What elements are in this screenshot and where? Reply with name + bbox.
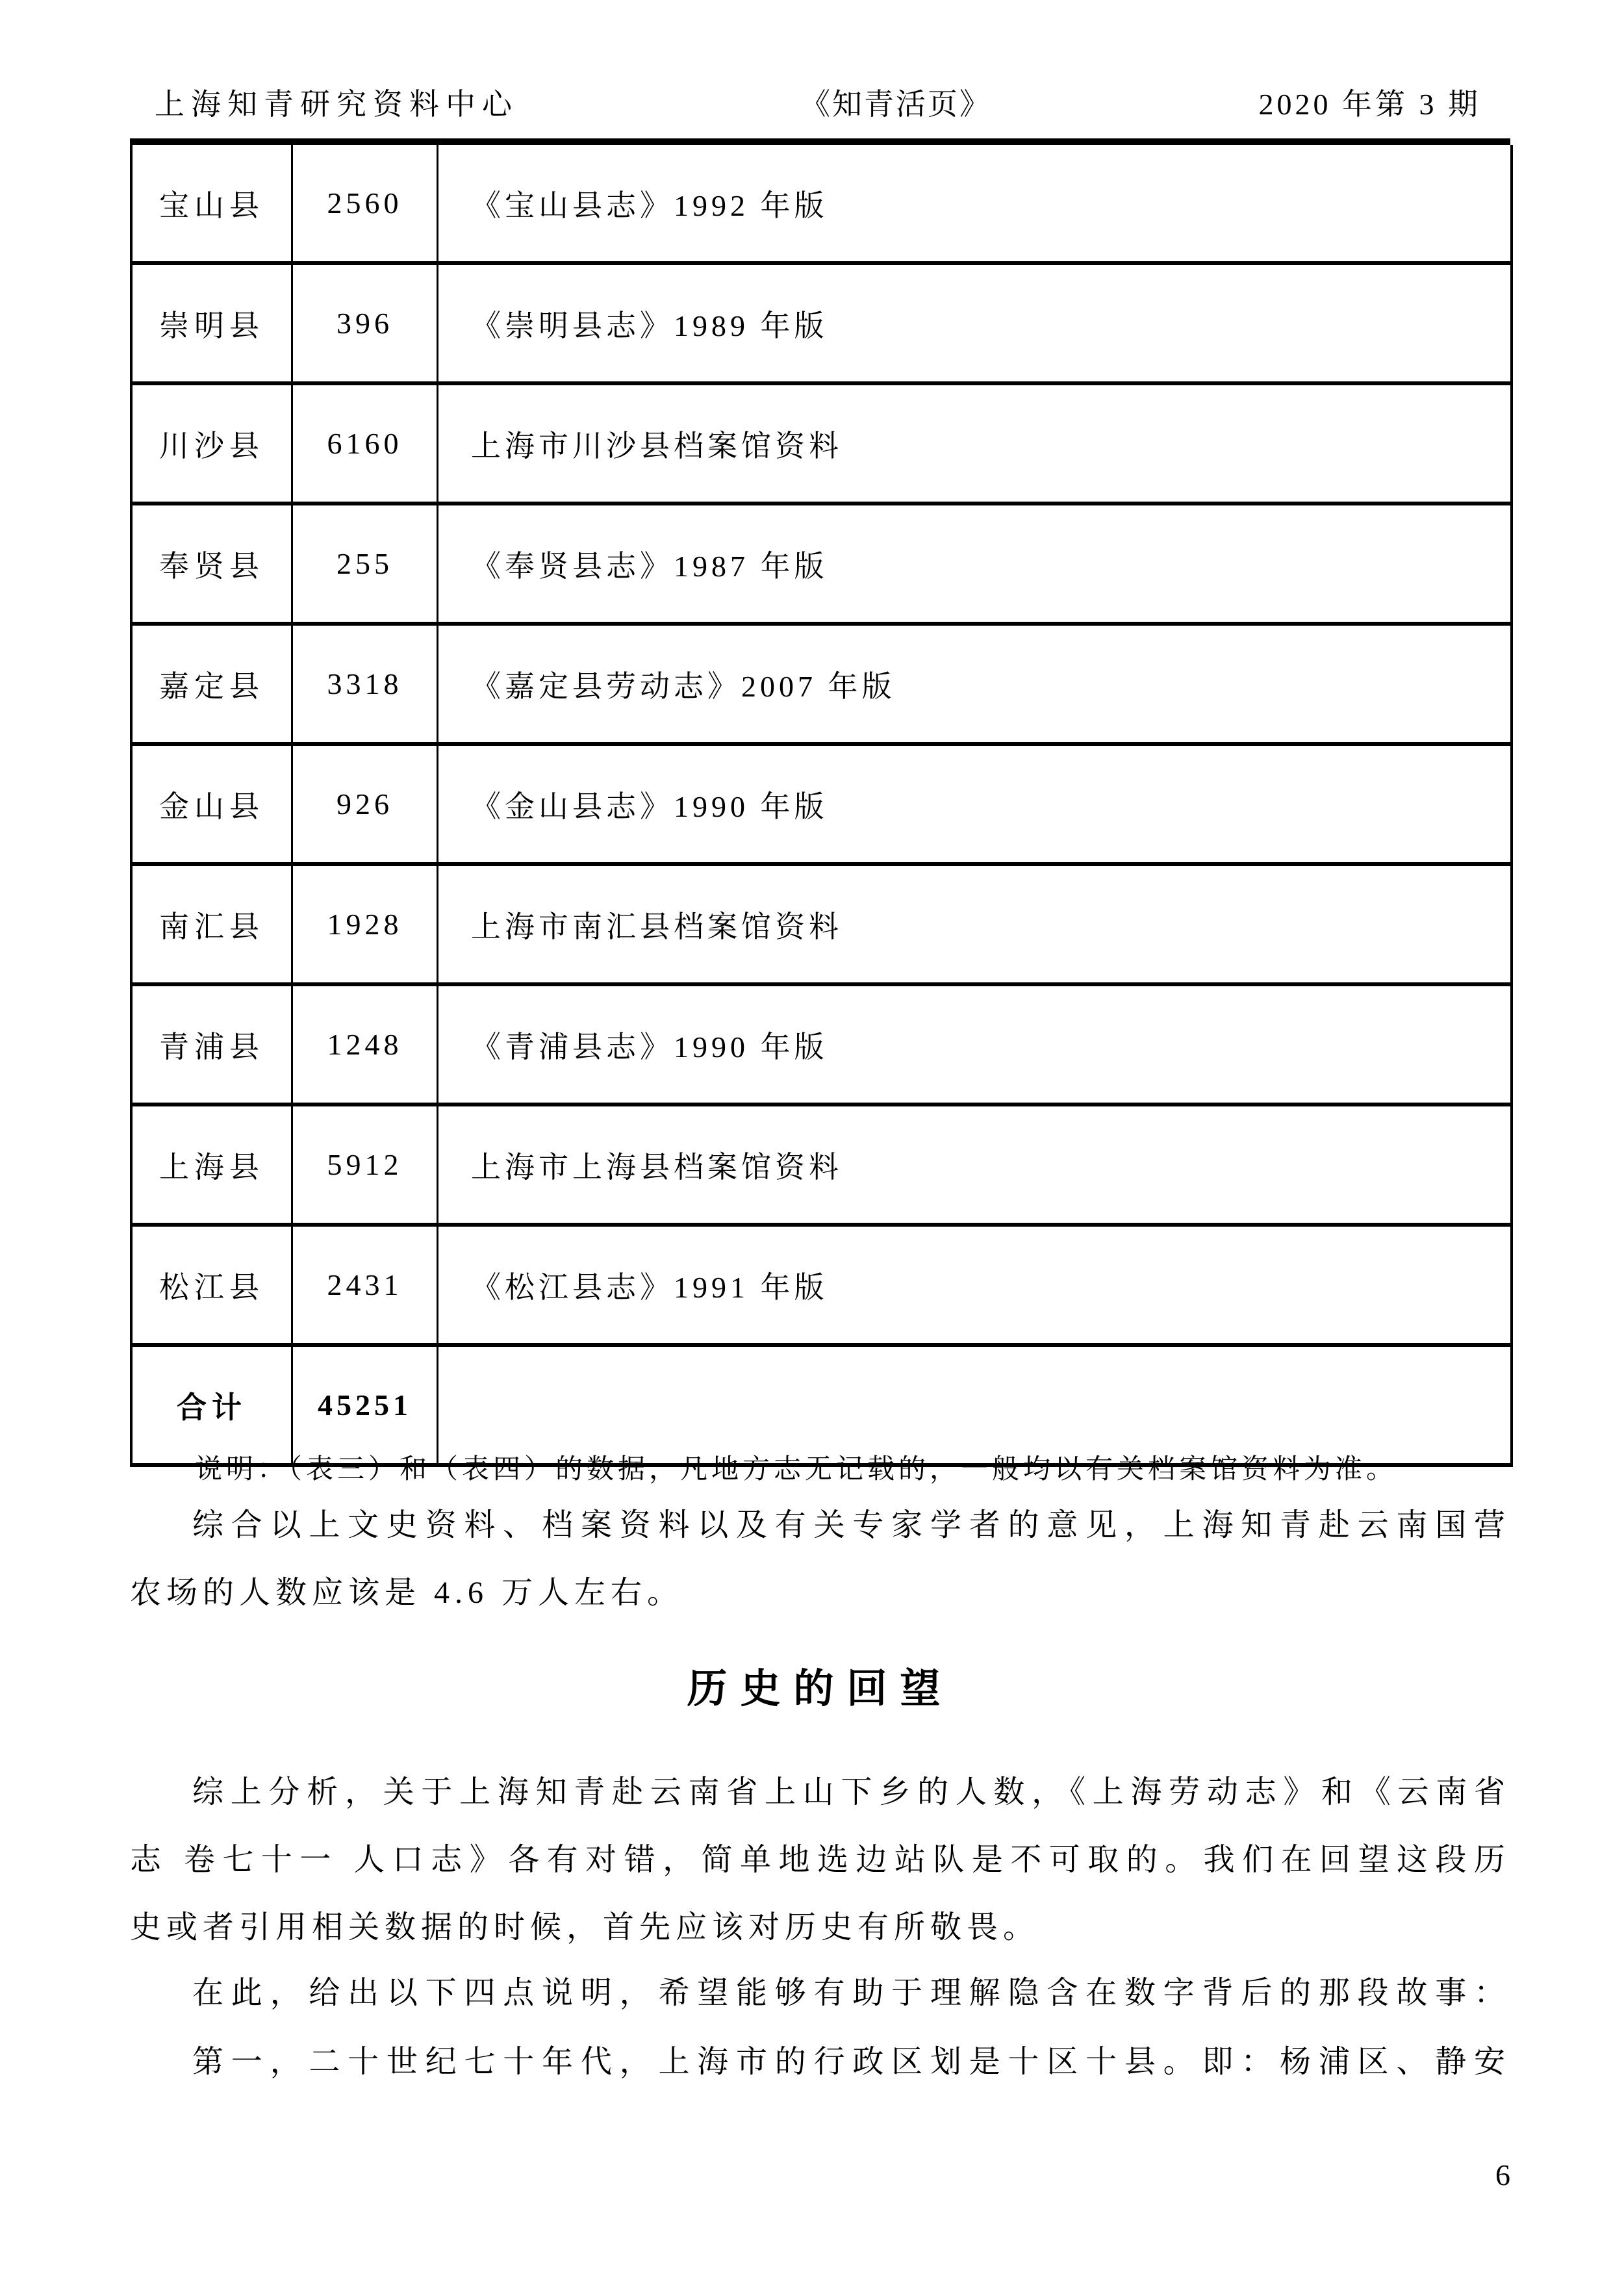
count-cell: 2560 bbox=[293, 145, 438, 265]
table-row: 川沙县 6160 上海市川沙县档案馆资料 bbox=[130, 385, 1513, 505]
source-cell: 《青浦县志》1990 年版 bbox=[438, 986, 1513, 1106]
table-row: 南汇县 1928 上海市南汇县档案馆资料 bbox=[130, 866, 1513, 986]
source-cell: 《崇明县志》1989 年版 bbox=[438, 265, 1513, 385]
paragraph-line: 志 卷七十一 人口志》各有对错，简单地选边站队是不可取的。我们在回望这段历 bbox=[130, 1826, 1510, 1894]
header-org: 上海知青研究资料中心 bbox=[155, 84, 518, 125]
county-cell: 青浦县 bbox=[130, 986, 293, 1106]
county-cell: 松江县 bbox=[130, 1227, 293, 1347]
count-cell: 1928 bbox=[293, 866, 438, 986]
count-cell: 1248 bbox=[293, 986, 438, 1106]
count-cell: 3318 bbox=[293, 626, 438, 746]
summary-paragraph: 综合以上文史资料、档案资料以及有关专家学者的意见，上海知青赴云南国营 农场的人数… bbox=[130, 1492, 1510, 1627]
count-cell: 6160 bbox=[293, 385, 438, 505]
table-row: 金山县 926 《金山县志》1990 年版 bbox=[130, 746, 1513, 866]
section-paragraph-1: 综上分析，关于上海知青赴云南省上山下乡的人数，《上海劳动志》和《云南省 志 卷七… bbox=[130, 1759, 1510, 1961]
header-rule bbox=[130, 138, 1510, 145]
table-note: 说明：（表三）和（表四）的数据，凡地方志无记载的，一般均以有关档案馆资料为准。 bbox=[130, 1450, 1510, 1489]
count-cell: 45251 bbox=[293, 1347, 438, 1467]
county-data-table: 宝山县 2560 《宝山县志》1992 年版 崇明县 396 《崇明县志》198… bbox=[130, 145, 1513, 1467]
source-cell: 上海市上海县档案馆资料 bbox=[438, 1106, 1513, 1227]
source-cell: 《松江县志》1991 年版 bbox=[438, 1227, 1513, 1347]
table-row: 上海县 5912 上海市上海县档案馆资料 bbox=[130, 1106, 1513, 1227]
paragraph-line: 史或者引用相关数据的时候，首先应该对历史有所敬畏。 bbox=[130, 1894, 1510, 1961]
county-cell: 川沙县 bbox=[130, 385, 293, 505]
section-heading: 历史的回望 bbox=[130, 1650, 1510, 1728]
header-issue: 2020 年第 3 期 bbox=[1259, 84, 1482, 125]
table-row: 青浦县 1248 《青浦县志》1990 年版 bbox=[130, 986, 1513, 1106]
table-row: 崇明县 396 《崇明县志》1989 年版 bbox=[130, 265, 1513, 385]
table-row: 宝山县 2560 《宝山县志》1992 年版 bbox=[130, 145, 1513, 265]
source-cell: 《宝山县志》1992 年版 bbox=[438, 145, 1513, 265]
page-number: 6 bbox=[1495, 2156, 1510, 2195]
source-cell: 《奉贤县志》1987 年版 bbox=[438, 505, 1513, 626]
page-header: 上海知青研究资料中心 《知青活页》 2020 年第 3 期 bbox=[130, 84, 1510, 125]
section-paragraph-3: 第一，二十世纪七十年代，上海市的行政区划是十区十县。即：杨浦区、静安 bbox=[130, 2028, 1510, 2096]
count-cell: 396 bbox=[293, 265, 438, 385]
county-cell: 崇明县 bbox=[130, 265, 293, 385]
section-paragraph-2: 在此，给出以下四点说明，希望能够有助于理解隐含在数字背后的那段故事： bbox=[130, 1960, 1510, 2027]
summary-line: 农场的人数应该是 4.6 万人左右。 bbox=[130, 1559, 1510, 1627]
county-cell: 合计 bbox=[130, 1347, 293, 1467]
county-cell: 南汇县 bbox=[130, 866, 293, 986]
count-cell: 926 bbox=[293, 746, 438, 866]
county-cell: 奉贤县 bbox=[130, 505, 293, 626]
document-page: 上海知青研究资料中心 《知青活页》 2020 年第 3 期 宝山县 2560 《… bbox=[0, 0, 1624, 2274]
source-cell: 《金山县志》1990 年版 bbox=[438, 746, 1513, 866]
table-row-total: 合计 45251 bbox=[130, 1347, 1513, 1467]
county-cell: 上海县 bbox=[130, 1106, 293, 1227]
table-row: 松江县 2431 《松江县志》1991 年版 bbox=[130, 1227, 1513, 1347]
table-row: 嘉定县 3318 《嘉定县劳动志》2007 年版 bbox=[130, 626, 1513, 746]
county-cell: 金山县 bbox=[130, 746, 293, 866]
count-cell: 5912 bbox=[293, 1106, 438, 1227]
source-cell: 上海市南汇县档案馆资料 bbox=[438, 866, 1513, 986]
count-cell: 255 bbox=[293, 505, 438, 626]
source-cell: 《嘉定县劳动志》2007 年版 bbox=[438, 626, 1513, 746]
header-title: 《知青活页》 bbox=[800, 84, 991, 125]
paragraph-line: 综上分析，关于上海知青赴云南省上山下乡的人数，《上海劳动志》和《云南省 bbox=[130, 1759, 1510, 1826]
table-row: 奉贤县 255 《奉贤县志》1987 年版 bbox=[130, 505, 1513, 626]
source-cell bbox=[438, 1347, 1513, 1467]
county-cell: 嘉定县 bbox=[130, 626, 293, 746]
county-cell: 宝山县 bbox=[130, 145, 293, 265]
source-cell: 上海市川沙县档案馆资料 bbox=[438, 385, 1513, 505]
count-cell: 2431 bbox=[293, 1227, 438, 1347]
summary-line: 综合以上文史资料、档案资料以及有关专家学者的意见，上海知青赴云南国营 bbox=[130, 1492, 1510, 1559]
